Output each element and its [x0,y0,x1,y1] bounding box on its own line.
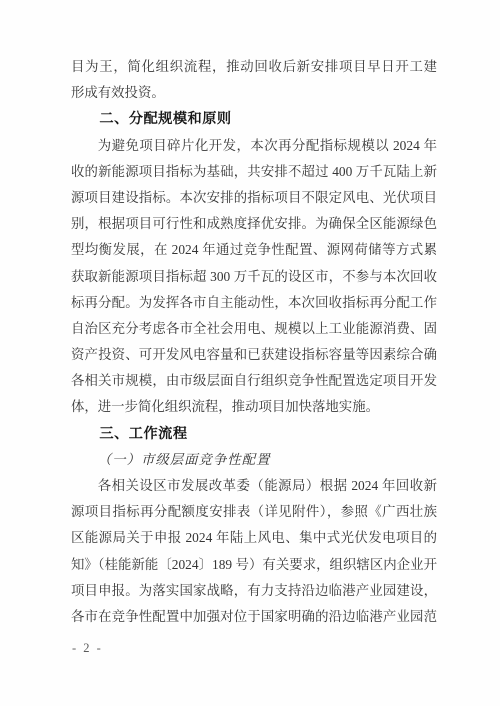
text-line: 体，进一步简化组织流程，推动项目加快落地实施。 [71,394,437,420]
page-number: - 2 - [72,639,103,657]
document-page: 目为王，简化组织流程，推动回收后新安排项目早日开工建设、 形成有效投资。 二、分… [0,0,500,706]
text-line: 型均衡发展，在 2024 年通过竞争性配置、源网荷储等方式累计 [71,237,437,263]
text-line: 各相关设区市发展改革委（能源局）根据 2024 年回收新能 [71,473,437,499]
sub-heading: （一）市级层面竞争性配置 [71,447,437,473]
text-line: 别，根据项目可行性和成熟度择优安排。为确保全区能源绿色转 [71,211,437,237]
text-line: 为避免项目碎片化开发，本次再分配指标规模以 2024 年回 [71,133,437,159]
document-text-block: 目为王，简化组织流程，推动回收后新安排项目早日开工建设、 形成有效投资。 二、分… [71,54,437,630]
text-line: 自治区充分考虑各市全社会用电、规模以上工业能源消费、固定 [71,316,437,342]
text-line: 标再分配。为发挥各市自主能动性，本次回收指标再分配工作由 [71,290,437,316]
text-line: 资产投资、可开发风电容量和已获建设指标容量等因素综合确定 [71,342,437,368]
text-line: 各相关市规模，由市级层面自行组织竞争性配置选定项目开发主 [71,368,437,394]
text-line: 目为王，简化组织流程，推动回收后新安排项目早日开工建设、 [71,54,437,80]
text-line: 区能源局关于申报 2024 年陆上风电、集中式光伏发电项目的通 [71,525,437,551]
text-line: 知》（桂能新能〔2024〕189 号）有关要求，组织辖区内企业开展 [71,552,437,578]
section-heading: 三、工作流程 [71,421,437,447]
text-line: 形成有效投资。 [71,80,437,106]
text-line: 收的新能源项目指标为基础，共安排不超过 400 万千瓦陆上新能 [71,159,437,185]
text-line: 源项目指标再分配额度安排表（详见附件），参照《广西壮族自治 [71,499,437,525]
text-line: 获取新能源项目指标超 300 万千瓦的设区市，不参与本次回收指 [71,264,437,290]
text-line: 各市在竞争性配置中加强对位于国家明确的沿边临港产业园范围 [71,604,437,630]
section-heading: 二、分配规模和原则 [71,106,437,132]
text-line: 项目申报。为落实国家战略，有力支持沿边临港产业园建设，请 [71,578,437,604]
text-line: 源项目建设指标。本次安排的指标项目不限定风电、光伏项目类 [71,185,437,211]
